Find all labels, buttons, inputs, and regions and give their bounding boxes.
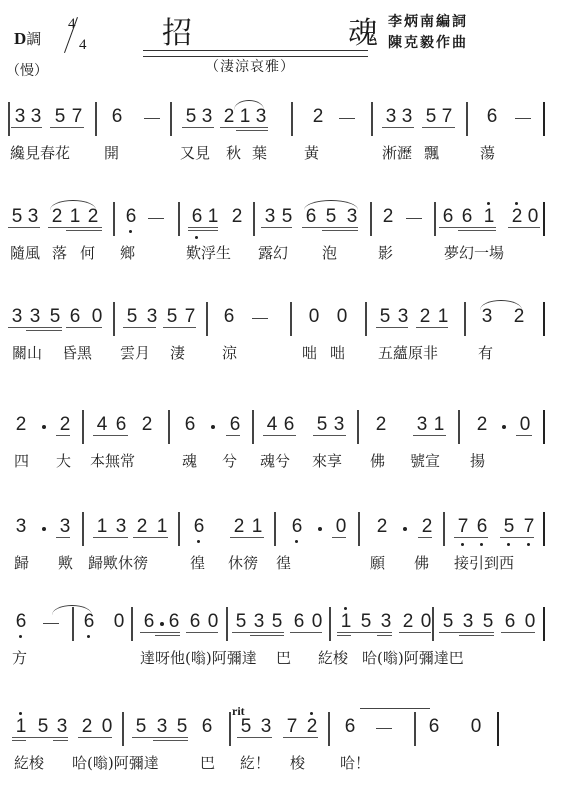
note: 6 bbox=[228, 414, 242, 436]
slur-arc bbox=[52, 605, 92, 615]
eighth-underline bbox=[313, 435, 346, 436]
barline bbox=[252, 410, 254, 444]
time-signature-bottom: 4 bbox=[79, 37, 87, 54]
note: 6 bbox=[188, 611, 202, 633]
sixteenth-underline bbox=[53, 740, 68, 741]
octave-low-dot bbox=[19, 635, 22, 638]
sixteenth-underline bbox=[322, 230, 358, 231]
eighth-underline bbox=[93, 435, 128, 436]
eighth-underline bbox=[501, 632, 535, 633]
lyric-text: 淒 bbox=[170, 342, 185, 363]
score-row: 335605357600532132關山昏黑雲月淒涼咄咄五蘊原非有 bbox=[0, 300, 565, 380]
eighth-underline bbox=[226, 435, 240, 436]
eighth-underline bbox=[133, 537, 168, 538]
note: 2 bbox=[14, 414, 28, 436]
lyric-text: 四 bbox=[14, 450, 29, 471]
note: 0 bbox=[307, 306, 321, 328]
note: 1 bbox=[250, 516, 264, 538]
lyric-text: 紇梭 bbox=[318, 647, 348, 668]
note: 0 bbox=[334, 516, 348, 538]
sixteenth-underline bbox=[188, 230, 218, 231]
note: 2 bbox=[401, 611, 415, 633]
note: 2 bbox=[510, 206, 524, 228]
eighth-underline bbox=[261, 227, 292, 228]
ritardando-marking: rit bbox=[232, 704, 245, 719]
sustain-dash bbox=[406, 218, 422, 219]
barline bbox=[178, 202, 180, 236]
lyric-text: 五蘊原非 bbox=[378, 342, 438, 363]
barline bbox=[358, 512, 360, 546]
sixteenth-underline bbox=[458, 230, 496, 231]
key-word: 調 bbox=[26, 30, 41, 48]
barline bbox=[464, 302, 466, 336]
augmentation-dot bbox=[403, 527, 407, 531]
eighth-underline bbox=[416, 327, 448, 328]
note: 3 bbox=[14, 516, 28, 538]
key-letter: D bbox=[14, 29, 26, 48]
note: 5 bbox=[175, 716, 189, 738]
note: 3 bbox=[252, 611, 266, 633]
note: 1 bbox=[155, 516, 169, 538]
eighth-underline bbox=[302, 227, 358, 228]
lyric-text: 佛 bbox=[370, 450, 385, 471]
lyric-text: 紇！ bbox=[240, 752, 270, 773]
note: 6 bbox=[110, 106, 124, 128]
lyric-text: 落 bbox=[52, 242, 67, 263]
lyric-text: 鄉 bbox=[120, 242, 135, 263]
lyric-text: 梭 bbox=[290, 752, 305, 773]
sixteenth-underline bbox=[12, 740, 26, 741]
lyric-text: 飄 bbox=[424, 142, 439, 163]
lyric-text: 歸歟休徬 bbox=[88, 552, 148, 573]
note: 3 bbox=[384, 106, 398, 128]
eighth-underline bbox=[454, 537, 488, 538]
barline bbox=[458, 410, 460, 444]
note: 5 bbox=[441, 611, 455, 633]
lyric-text: 黃 bbox=[304, 142, 319, 163]
note: 5 bbox=[53, 106, 67, 128]
end-barline bbox=[543, 410, 545, 444]
lyric-text: 兮 bbox=[222, 450, 237, 471]
lyric-text: 徨 bbox=[190, 552, 205, 573]
barline bbox=[290, 302, 292, 336]
sustain-dash bbox=[144, 118, 160, 119]
barline bbox=[434, 202, 436, 236]
octave-low-dot bbox=[87, 635, 90, 638]
title-char-2: 魂 bbox=[348, 8, 378, 52]
lyric-text: 夢幻一場 bbox=[444, 242, 504, 263]
lyric-text: 開 bbox=[104, 142, 119, 163]
composer-credit: 陳克毅作曲 bbox=[388, 32, 468, 52]
barline bbox=[370, 202, 372, 236]
note: 2 bbox=[374, 414, 388, 436]
note: 6 bbox=[124, 206, 138, 228]
octave-high-dot bbox=[19, 712, 22, 715]
note: 6 bbox=[14, 611, 28, 633]
lyric-text: 來享 bbox=[312, 450, 342, 471]
end-barline bbox=[497, 712, 499, 746]
end-barline bbox=[543, 512, 545, 546]
octave-low-dot bbox=[129, 230, 132, 233]
sixteenth-underline bbox=[26, 330, 62, 331]
eighth-underline bbox=[439, 227, 496, 228]
lyric-text: 號宣 bbox=[410, 450, 440, 471]
lyric-text: 本無常 bbox=[90, 450, 135, 471]
note: 7 bbox=[456, 516, 470, 538]
note: 6 bbox=[114, 414, 128, 436]
eighth-underline bbox=[163, 327, 196, 328]
lyric-text: 巴 bbox=[200, 752, 215, 773]
lyric-text: 又見 bbox=[180, 142, 210, 163]
note: 3 bbox=[396, 306, 410, 328]
note: 3 bbox=[58, 516, 72, 538]
note: 2 bbox=[230, 206, 244, 228]
lyric-text: 關山 bbox=[12, 342, 42, 363]
lyric-text: 魂兮 bbox=[260, 450, 290, 471]
barline bbox=[274, 512, 276, 546]
eighth-underline bbox=[516, 435, 532, 436]
augmentation-dot bbox=[42, 527, 46, 531]
augmentation-dot bbox=[502, 425, 506, 429]
slur-arc bbox=[50, 200, 96, 210]
eighth-underline bbox=[50, 127, 84, 128]
octave-low-dot bbox=[195, 236, 198, 239]
note: 6 bbox=[503, 611, 517, 633]
lyric-text: 涼 bbox=[222, 342, 237, 363]
note: 7 bbox=[285, 716, 299, 738]
note: 0 bbox=[419, 611, 433, 633]
note: 6 bbox=[460, 206, 474, 228]
note: 5 bbox=[165, 306, 179, 328]
note: 6 bbox=[441, 206, 455, 228]
eighth-underline bbox=[332, 537, 346, 538]
note: 3 bbox=[26, 206, 40, 228]
end-barline bbox=[543, 202, 545, 236]
lyric-text: 哈(嗡)阿彌達巴 bbox=[362, 647, 464, 668]
note: 1 bbox=[95, 516, 109, 538]
eighth-underline bbox=[376, 327, 408, 328]
note: 6 bbox=[222, 306, 236, 328]
note: 1 bbox=[482, 206, 496, 228]
barline bbox=[253, 202, 255, 236]
barline bbox=[168, 410, 170, 444]
note: 7 bbox=[440, 106, 454, 128]
eighth-underline bbox=[66, 327, 102, 328]
slur-arc bbox=[480, 300, 522, 310]
note: 1 bbox=[432, 414, 446, 436]
note: 6 bbox=[200, 716, 214, 738]
eighth-underline bbox=[232, 632, 284, 633]
eighth-underline bbox=[8, 227, 40, 228]
augmentation-dot bbox=[211, 425, 215, 429]
octave-high-dot bbox=[487, 202, 490, 205]
lyric-text: 哈(嗡)阿彌達 bbox=[72, 752, 159, 773]
note: 6 bbox=[190, 206, 204, 228]
tie-line bbox=[360, 708, 430, 719]
note: 1 bbox=[206, 206, 220, 228]
lyric-text: 泡 bbox=[322, 242, 337, 263]
note: 2 bbox=[375, 516, 389, 538]
lyric-text: 何 bbox=[80, 242, 95, 263]
eighth-underline bbox=[413, 435, 446, 436]
sustain-dash bbox=[252, 318, 268, 319]
note: 5 bbox=[48, 306, 62, 328]
note: 5 bbox=[270, 611, 284, 633]
barline bbox=[8, 102, 10, 136]
eighth-underline bbox=[93, 537, 128, 538]
sustain-dash bbox=[148, 218, 164, 219]
note: 2 bbox=[140, 414, 154, 436]
note: 6 bbox=[292, 611, 306, 633]
note: 0 bbox=[526, 206, 540, 228]
lyric-text: 哈！ bbox=[340, 752, 370, 773]
lyric-text: 達呀他(嗡)阿彌達 bbox=[140, 647, 257, 668]
eighth-underline bbox=[182, 127, 214, 128]
lyric-text: 露幻 bbox=[258, 242, 288, 263]
augmentation-dot bbox=[318, 527, 322, 531]
lyric-text: 歸 bbox=[14, 552, 29, 573]
note: 0 bbox=[206, 611, 220, 633]
note: 6 bbox=[427, 716, 441, 738]
note: 6 bbox=[485, 106, 499, 128]
octave-low-dot bbox=[507, 543, 510, 546]
sixteenth-underline bbox=[66, 230, 102, 231]
barline bbox=[443, 512, 445, 546]
sustain-dash bbox=[43, 623, 59, 624]
note: 3 bbox=[415, 414, 429, 436]
lyric-text: 徨 bbox=[276, 552, 291, 573]
score-row: 2246266465323120四大本無常魂兮魂兮來享佛號宣揚 bbox=[0, 408, 565, 488]
note: 5 bbox=[424, 106, 438, 128]
slur-arc bbox=[304, 200, 358, 210]
barline bbox=[170, 102, 172, 136]
note: 0 bbox=[518, 414, 532, 436]
lyric-text: 葉 bbox=[252, 142, 267, 163]
sustain-dash bbox=[339, 118, 355, 119]
note: 3 bbox=[114, 516, 128, 538]
note: 2 bbox=[418, 306, 432, 328]
note: 2 bbox=[232, 516, 246, 538]
eighth-underline bbox=[290, 632, 322, 633]
octave-high-dot bbox=[310, 712, 313, 715]
note: 0 bbox=[469, 716, 483, 738]
tempo-marking: （慢） bbox=[6, 60, 48, 80]
octave-high-dot bbox=[515, 202, 518, 205]
note: 7 bbox=[70, 106, 84, 128]
barline bbox=[113, 302, 115, 336]
eighth-underline bbox=[500, 537, 534, 538]
eighth-underline bbox=[123, 327, 156, 328]
lyric-text: 魂 bbox=[182, 450, 197, 471]
sixteenth-underline bbox=[250, 635, 284, 636]
note: 1 bbox=[339, 611, 353, 633]
lyric-text: 秋 bbox=[226, 142, 241, 163]
lyric-text: 雲月 bbox=[120, 342, 150, 363]
note: 3 bbox=[200, 106, 214, 128]
note: 6 bbox=[142, 611, 156, 633]
note: 2 bbox=[420, 516, 434, 538]
note: 6 bbox=[290, 516, 304, 538]
note: 3 bbox=[13, 106, 27, 128]
lyric-text: 大 bbox=[56, 450, 71, 471]
note: 6 bbox=[282, 414, 296, 436]
note: 3 bbox=[461, 611, 475, 633]
note: 1 bbox=[14, 716, 28, 738]
eighth-underline bbox=[132, 737, 188, 738]
lyric-text: 歎浮生 bbox=[186, 242, 231, 263]
lyric-text: 咄 bbox=[302, 342, 317, 363]
note: 2 bbox=[305, 716, 319, 738]
score-row: 33132162160227657歸歟歸歟休徬徨休徬徨願佛接引到西 bbox=[0, 510, 565, 590]
barline bbox=[122, 712, 124, 746]
subtitle: （淒涼哀雅） bbox=[205, 56, 295, 76]
note: 3 bbox=[400, 106, 414, 128]
lyric-text: 方 bbox=[12, 647, 27, 668]
note: 7 bbox=[183, 306, 197, 328]
eighth-underline bbox=[230, 537, 264, 538]
note: 3 bbox=[10, 306, 24, 328]
note: 0 bbox=[310, 611, 324, 633]
lyric-text: 接引到西 bbox=[454, 552, 514, 573]
sixteenth-underline bbox=[236, 130, 268, 131]
note: 3 bbox=[263, 206, 277, 228]
note: 1 bbox=[436, 306, 450, 328]
barline bbox=[226, 607, 228, 641]
score-row: 6606660535601532053560方達呀他(嗡)阿彌達巴紇梭哈(嗡)阿… bbox=[0, 605, 565, 685]
lyric-text: 纔見春花 bbox=[10, 142, 70, 163]
lyric-text: 昏黑 bbox=[62, 342, 92, 363]
eighth-underline bbox=[48, 227, 102, 228]
sustain-dash bbox=[515, 118, 531, 119]
lyric-text: 歟 bbox=[58, 552, 73, 573]
score-row: 1532053565372660rit紇梭哈(嗡)阿彌達巴紇！梭哈！ bbox=[0, 710, 565, 790]
note: 0 bbox=[523, 611, 537, 633]
octave-low-dot bbox=[295, 540, 298, 543]
note: 6 bbox=[183, 414, 197, 436]
barline bbox=[206, 302, 208, 336]
eighth-underline bbox=[237, 737, 272, 738]
augmentation-dot bbox=[42, 425, 46, 429]
note: 5 bbox=[280, 206, 294, 228]
lyric-text: 佛 bbox=[414, 552, 429, 573]
score-row: 53212661235653266120隨風落何鄉歎浮生露幻泡影夢幻一場 bbox=[0, 200, 565, 280]
note: 4 bbox=[95, 414, 109, 436]
barline bbox=[371, 102, 373, 136]
eighth-underline bbox=[508, 227, 540, 228]
note: 3 bbox=[145, 306, 159, 328]
note: 5 bbox=[239, 716, 253, 738]
eighth-underline bbox=[399, 632, 431, 633]
note: 5 bbox=[378, 306, 392, 328]
barline bbox=[82, 512, 84, 546]
eighth-underline bbox=[283, 737, 318, 738]
score-row: 3357653213233576纔見春花開又見秋葉黃淅瀝飄蕩 bbox=[0, 100, 565, 180]
eighth-underline bbox=[220, 127, 268, 128]
note: 3 bbox=[332, 414, 346, 436]
lyric-text: 揚 bbox=[470, 450, 485, 471]
sixteenth-underline bbox=[459, 635, 494, 636]
note: 5 bbox=[10, 206, 24, 228]
barline bbox=[113, 202, 115, 236]
note: 6 bbox=[167, 611, 181, 633]
note: 5 bbox=[36, 716, 50, 738]
lyric-text: 咄 bbox=[330, 342, 345, 363]
eighth-underline bbox=[439, 632, 494, 633]
note: 3 bbox=[155, 716, 169, 738]
barline bbox=[229, 712, 231, 746]
augmentation-dot bbox=[160, 622, 164, 626]
lyric-text: 休徬 bbox=[228, 552, 258, 573]
time-signature: 4 4 bbox=[64, 14, 94, 58]
note: 6 bbox=[68, 306, 82, 328]
note: 4 bbox=[265, 414, 279, 436]
sustain-dash bbox=[376, 728, 392, 729]
note: 6 bbox=[192, 516, 206, 538]
note: 6 bbox=[475, 516, 489, 538]
note: 2 bbox=[381, 206, 395, 228]
note: 0 bbox=[100, 716, 114, 738]
barline bbox=[95, 102, 97, 136]
eighth-underline bbox=[11, 127, 42, 128]
lyric-text: 紇梭 bbox=[14, 752, 44, 773]
sixteenth-underline bbox=[153, 740, 188, 741]
barline bbox=[131, 607, 133, 641]
note: 5 bbox=[134, 716, 148, 738]
note: 5 bbox=[184, 106, 198, 128]
eighth-underline bbox=[422, 127, 455, 128]
eighth-underline bbox=[56, 435, 70, 436]
eighth-underline bbox=[188, 227, 218, 228]
note: 5 bbox=[234, 611, 248, 633]
barline bbox=[357, 410, 359, 444]
lyric-text: 淅瀝 bbox=[382, 142, 412, 163]
note: 0 bbox=[335, 306, 349, 328]
eighth-underline bbox=[418, 537, 432, 538]
note: 5 bbox=[481, 611, 495, 633]
note: 2 bbox=[58, 414, 72, 436]
note: 2 bbox=[135, 516, 149, 538]
barline bbox=[82, 410, 84, 444]
barline bbox=[329, 607, 331, 641]
barline bbox=[466, 102, 468, 136]
octave-low-dot bbox=[197, 540, 200, 543]
key-signature: D調 bbox=[14, 28, 41, 49]
note: 0 bbox=[90, 306, 104, 328]
lyric-text: 巴 bbox=[276, 647, 291, 668]
lyric-text: 隨風 bbox=[10, 242, 40, 263]
note: 5 bbox=[125, 306, 139, 328]
lyric-text: 願 bbox=[370, 552, 385, 573]
note: 3 bbox=[29, 106, 43, 128]
end-barline bbox=[543, 302, 545, 336]
eighth-underline bbox=[186, 632, 218, 633]
eighth-underline bbox=[8, 327, 62, 328]
barline bbox=[178, 512, 180, 546]
eighth-underline bbox=[12, 737, 68, 738]
lyricist-credit: 李炳南編詞 bbox=[388, 11, 468, 31]
note: 2 bbox=[80, 716, 94, 738]
lyric-text: 有 bbox=[478, 342, 493, 363]
note: 2 bbox=[475, 414, 489, 436]
note: 5 bbox=[359, 611, 373, 633]
octave-low-dot bbox=[461, 543, 464, 546]
eighth-underline bbox=[140, 632, 180, 633]
sixteenth-underline bbox=[377, 635, 392, 636]
eighth-underline bbox=[382, 127, 414, 128]
eighth-underline bbox=[56, 537, 70, 538]
note: 2 bbox=[311, 106, 325, 128]
eighth-underline bbox=[78, 737, 112, 738]
